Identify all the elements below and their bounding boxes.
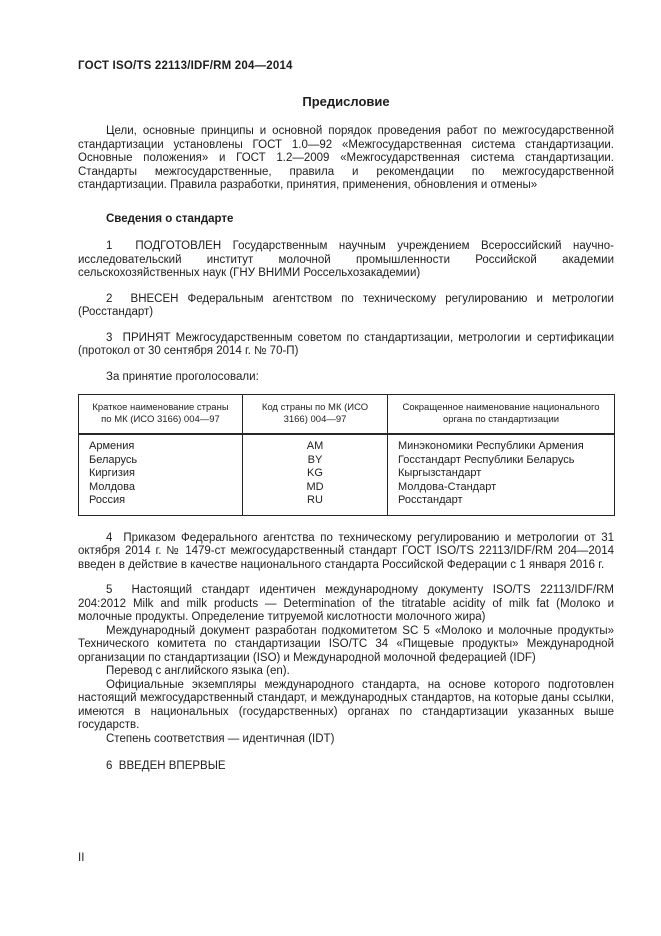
item-official-copies: Официальные экземпляры международного ст… — [78, 679, 614, 733]
table-row: Армения AM Минэкономики Республики Армен… — [79, 434, 615, 454]
cell-code: BY — [243, 454, 388, 468]
cell-org: Минэкономики Республики Армения — [388, 434, 615, 454]
document-page: ГОСТ ISO/TS 22113/IDF/RM 204—2014 Предис… — [0, 0, 661, 936]
item-prepared: 1 ПОДГОТОВЛЕН Государственным научным уч… — [78, 240, 614, 281]
vote-intro: За принятие проголосовали: — [78, 371, 614, 385]
table-row: Молдова MD Молдова-Стандарт — [79, 481, 615, 495]
cell-org: Кыргызстандарт — [388, 467, 615, 481]
column-header-code: Код страны по МК (ИСО 3166) 004—97 — [243, 395, 388, 435]
page-content: ГОСТ ISO/TS 22113/IDF/RM 204—2014 Предис… — [78, 59, 614, 774]
intro-paragraph: Цели, основные принципы и основной поряд… — [78, 125, 614, 193]
cell-country: Армения — [79, 434, 243, 454]
item-submitted: 2 ВНЕСЕН Федеральным агентством по техни… — [78, 293, 614, 320]
voting-table-header-row: Краткое наименование страны по МК (ИСО 3… — [79, 395, 615, 435]
table-row: Беларусь BY Госстандарт Республики Белар… — [79, 454, 615, 468]
doc-designation: ГОСТ ISO/TS 22113/IDF/RM 204—2014 — [78, 59, 614, 73]
item-adopted: 3 ПРИНЯТ Межгосударственным советом по с… — [78, 332, 614, 359]
page-number: II — [78, 851, 84, 865]
item-first-introduced: 6 ВВЕДЕН ВПЕРВЫЕ — [78, 760, 614, 774]
cell-code: MD — [243, 481, 388, 495]
item-identical-to: 5 Настоящий стандарт идентичен междунаро… — [78, 584, 614, 625]
cell-code: AM — [243, 434, 388, 454]
column-header-org: Сокращенное наименование национального о… — [388, 395, 615, 435]
table-row: Россия RU Росстандарт — [79, 494, 615, 515]
cell-org: Госстандарт Республики Беларусь — [388, 454, 615, 468]
item-translation: Перевод с английского языка (en). — [78, 665, 614, 679]
cell-org: Росстандарт — [388, 494, 615, 515]
item-conformity-degree: Степень соответствия — идентичная (IDT) — [78, 733, 614, 747]
cell-code: RU — [243, 494, 388, 515]
page-title: Предисловие — [78, 94, 614, 109]
voting-table: Краткое наименование страны по МК (ИСО 3… — [78, 394, 615, 516]
cell-country: Россия — [79, 494, 243, 515]
cell-org: Молдова-Стандарт — [388, 481, 615, 495]
section-heading: Сведения о стандарте — [78, 213, 614, 227]
column-header-country: Краткое наименование страны по МК (ИСО 3… — [79, 395, 243, 435]
cell-country: Киргизия — [79, 467, 243, 481]
cell-code: KG — [243, 467, 388, 481]
item-developed-by: Международный документ разработан подком… — [78, 625, 614, 666]
cell-country: Беларусь — [79, 454, 243, 468]
item-order-enacted: 4 Приказом Федерального агентства по тех… — [78, 532, 614, 573]
table-row: Киргизия KG Кыргызстандарт — [79, 467, 615, 481]
cell-country: Молдова — [79, 481, 243, 495]
